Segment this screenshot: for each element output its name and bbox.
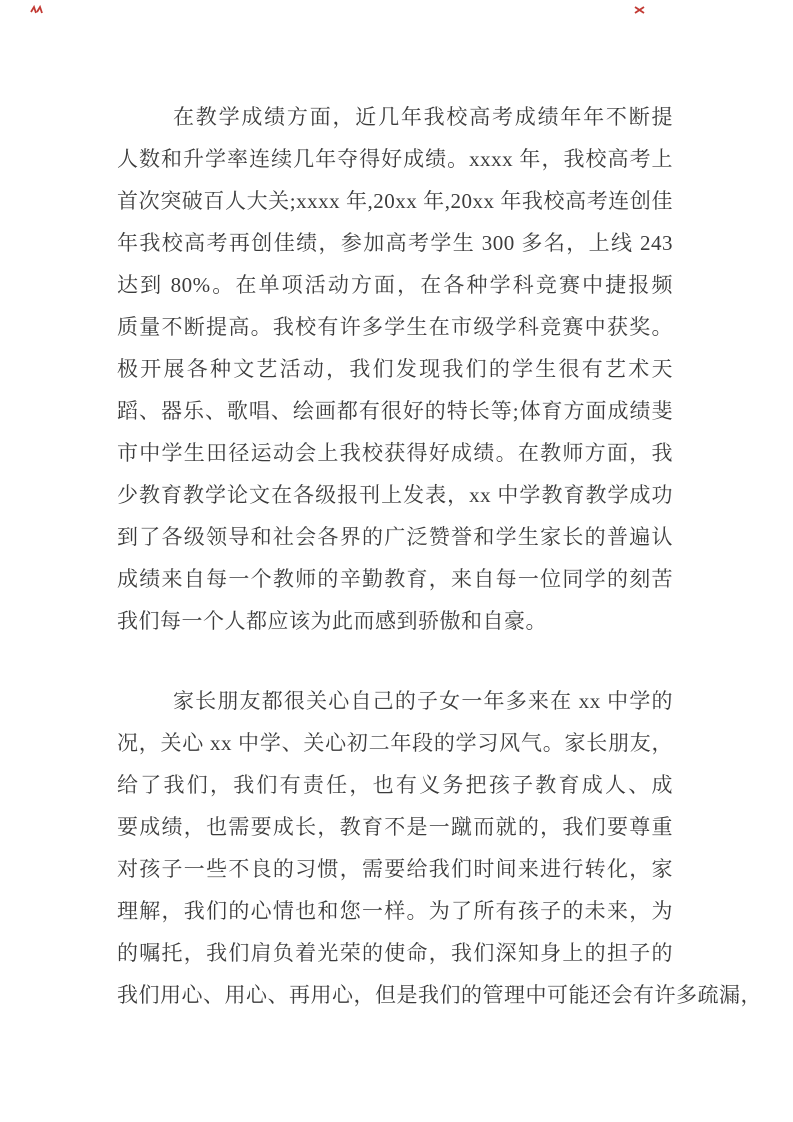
text-line: 达到 80%。在单项活动方面，在各种学科竞赛中捷报频传，教育教学 bbox=[117, 264, 673, 306]
text-line: 给了我们，我们有责任，也有义务把孩子教育成人、成材。孩子既需 bbox=[117, 764, 673, 806]
text-line: 家长朋友都很关心自己的子女一年多来在 xx 中学的学习情 bbox=[117, 680, 673, 722]
document-body: 在教学成绩方面，近几年我校高考成绩年年不断提高，升学人数和升学率连续几年夺得好成… bbox=[117, 96, 673, 1016]
paragraph: 家长朋友都很关心自己的子女一年多来在 xx 中学的学习情况，关心 xx 中学、关… bbox=[117, 680, 673, 1016]
text-line: 极开展各种文艺活动，我们发现我们的学生很有艺术天赋，学生的舞 bbox=[117, 348, 673, 390]
page-background: { "page": { "width_px": 793, "height_px"… bbox=[0, 0, 793, 1122]
text-line: 年我校高考再创佳绩，参加高考学生 300 多名，上线 243 名，上线率 bbox=[117, 222, 673, 264]
text-line: 的嘱托，我们肩负着光荣的使命，我们深知身上的担子的分量，尽管 bbox=[117, 932, 673, 974]
text-line: 首次突破百人大关;xxxx 年,20xx 年,20xx 年我校高考连创佳绩;20… bbox=[117, 180, 673, 222]
text-line: 少教育教学论文在各级报刊上发表，xx 中学教育教学成功的做法，受 bbox=[117, 474, 673, 516]
document-page: 在教学成绩方面，近几年我校高考成绩年年不断提高，升学人数和升学率连续几年夺得好成… bbox=[0, 0, 793, 1122]
text-line: 我们每一个人都应该为此而感到骄傲和自豪。 bbox=[117, 600, 673, 642]
text-line: 人数和升学率连续几年夺得好成绩。xxxx 年，我校高考上线 114 人， bbox=[117, 138, 673, 180]
text-line: 到了各级领导和社会各界的广泛赞誉和学生家长的普遍认可。优异的 bbox=[117, 516, 673, 558]
text-line: 市中学生田径运动会上我校获得好成绩。在教师方面，我校教师有不 bbox=[117, 432, 673, 474]
text-line: 蹈、器乐、歌唱、绘画都有很好的特长等;体育方面成绩斐然，在 xx bbox=[117, 390, 673, 432]
red-corner-mark-right-icon bbox=[633, 4, 647, 16]
text-line: 成绩来自每一个教师的辛勤教育，来自每一位同学的刻苦努力。今天， bbox=[117, 558, 673, 600]
text-line: 对孩子一些不良的习惯，需要给我们时间来进行转化，家长心情可以 bbox=[117, 848, 673, 890]
text-line: 在教学成绩方面，近几年我校高考成绩年年不断提高，升学 bbox=[117, 96, 673, 138]
red-corner-mark-right-glyph bbox=[633, 4, 647, 16]
text-line: 我们用心、用心、再用心，但是我们的管理中可能还会有许多疏漏， bbox=[117, 974, 673, 1016]
text-line: 况，关心 xx 中学、关心初二年段的学习风气。家长朋友，您把孩子交 bbox=[117, 722, 673, 764]
text-line: 理解，我们的心情也和您一样。为了所有孩子的未来，为了每个家庭 bbox=[117, 890, 673, 932]
paragraph: 在教学成绩方面，近几年我校高考成绩年年不断提高，升学人数和升学率连续几年夺得好成… bbox=[117, 96, 673, 642]
text-line: 质量不断提高。我校有许多学生在市级学科竞赛中获奖。我们学校积 bbox=[117, 306, 673, 348]
text-line: 要成绩，也需要成长，教育不是一蹴而就的，我们要尊重教育规律， bbox=[117, 806, 673, 848]
red-corner-mark-left-glyph bbox=[30, 4, 44, 16]
red-corner-mark-left-icon bbox=[30, 4, 44, 16]
